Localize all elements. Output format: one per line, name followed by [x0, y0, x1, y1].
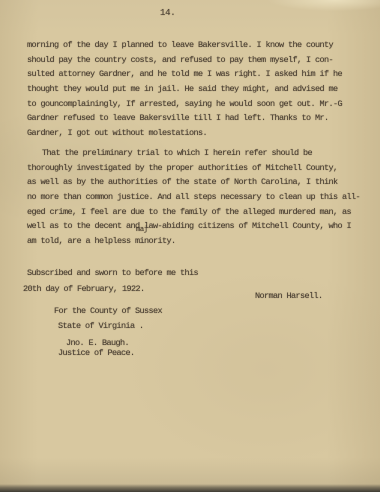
page-number: 14.: [160, 8, 175, 18]
text-line: should pay the country costs, and refuse…: [27, 53, 367, 68]
sworn-statement-line2: 20th day of February, 1922.: [23, 284, 145, 294]
scan-bottom-edge: [0, 484, 380, 492]
text-line: as well as by the authorities of the sta…: [27, 175, 367, 190]
sworn-statement-line1: Subscribed and sworn to before me this: [27, 268, 198, 278]
text-line: to gouncomplainingly, If arrested, sayin…: [27, 97, 367, 112]
state-line: State of Virginia .: [58, 321, 144, 331]
corrected-word: minority.: [135, 236, 176, 246]
paragraph-1: morning of the day I planned to leave Ba…: [27, 38, 367, 141]
text-line: sulted attorney Gardner, and he told me …: [27, 67, 367, 82]
paragraph-2: That the preliminary trial to which I he…: [27, 146, 367, 234]
body-text: morning of the day I planned to leave Ba…: [27, 38, 367, 249]
text-line: Gardner refused to leave Bakersville til…: [27, 111, 367, 126]
corrected-line-prefix: am told, are a helpless: [27, 236, 135, 246]
county-line: For the County of Sussex: [54, 306, 162, 316]
text-line: morning of the day I planned to leave Ba…: [27, 38, 367, 53]
notary-title: Justice of Peace.: [58, 348, 135, 358]
text-line: eged crime, I feel are due to the family…: [27, 205, 367, 220]
signature-name: Norman Harsell.: [255, 291, 323, 301]
handwritten-correction: maj: [136, 227, 147, 234]
text-line: thought they would put me in jail. He sa…: [27, 82, 367, 97]
notary-name: Jno. E. Baugh.: [66, 338, 129, 348]
text-line: That the preliminary trial to which I he…: [27, 146, 367, 161]
text-line: Gardner, I got out without molestations.: [27, 126, 367, 141]
text-line: well as to the decent and law-abiding ci…: [27, 219, 367, 234]
correction-wrap: majminority.: [135, 234, 176, 249]
text-line: thoroughly investigated by the proper au…: [27, 161, 367, 176]
corrected-line: am told, are a helpless majminority.: [27, 234, 367, 249]
text-line: no more than common justice. And all ste…: [27, 190, 367, 205]
document-page: 14. morning of the day I planned to leav…: [0, 0, 380, 492]
